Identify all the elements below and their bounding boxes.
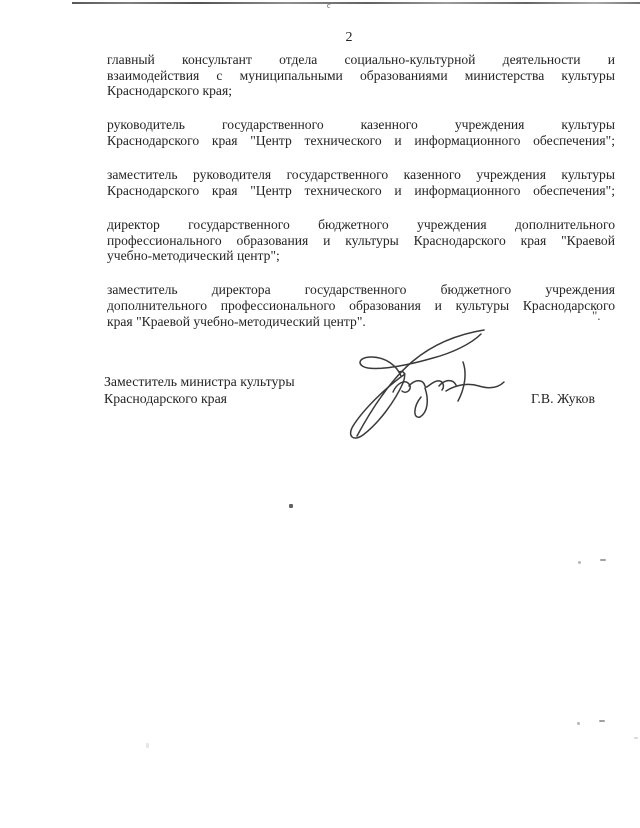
paragraph: главный консультант отдела социально-кул… bbox=[107, 52, 615, 99]
body-line: Краснодарского края "Центр технического … bbox=[107, 133, 615, 149]
scan-speck bbox=[599, 720, 605, 722]
scanned-document-page: c 2 главный консультант отдела социально… bbox=[0, 0, 640, 828]
body-line: главный консультант отдела социально-кул… bbox=[107, 52, 615, 68]
paragraph: заместитель директора государственного б… bbox=[107, 282, 615, 329]
scan-speck bbox=[578, 561, 581, 564]
signature-title: Заместитель министра культуры Краснодарс… bbox=[104, 373, 295, 407]
body-line: Краснодарского края "Центр технического … bbox=[107, 183, 615, 199]
body-line: руководитель государственного казенного … bbox=[107, 117, 615, 133]
scan-artifact-mark: c bbox=[327, 2, 331, 10]
body-line: заместитель директора государственного б… bbox=[107, 282, 615, 298]
page-number: 2 bbox=[95, 30, 603, 46]
signer-name: Г.В. Жуков bbox=[531, 391, 595, 407]
stray-quote-mark: ". bbox=[592, 308, 601, 324]
scan-speck bbox=[146, 743, 149, 748]
body-line: взаимодействия с муниципальными образова… bbox=[107, 68, 615, 84]
signature-scribble bbox=[335, 328, 510, 443]
body-line: дополнительного профессионального образо… bbox=[107, 298, 615, 314]
body-line: заместитель руководителя государственног… bbox=[107, 167, 615, 183]
paragraph: заместитель руководителя государственног… bbox=[107, 167, 615, 198]
scan-edge-line bbox=[72, 2, 640, 4]
signature-title-line: Краснодарского края bbox=[104, 390, 295, 407]
scan-speck bbox=[289, 504, 293, 508]
body-line: учебно-методический центр"; bbox=[107, 248, 615, 264]
body-line: профессионального образования и культуры… bbox=[107, 233, 615, 249]
signature-title-line: Заместитель министра культуры bbox=[104, 373, 295, 390]
body-line: Краснодарского края; bbox=[107, 83, 615, 99]
paragraph: директор государственного бюджетного учр… bbox=[107, 217, 615, 264]
paragraph: руководитель государственного казенного … bbox=[107, 117, 615, 148]
scan-speck bbox=[634, 737, 638, 739]
body-line: края "Краевой учебно-методический центр"… bbox=[107, 314, 615, 330]
body-line: директор государственного бюджетного учр… bbox=[107, 217, 615, 233]
scan-speck bbox=[600, 559, 606, 561]
document-body: главный консультант отдела социально-кул… bbox=[107, 52, 615, 348]
scan-speck bbox=[577, 722, 580, 725]
